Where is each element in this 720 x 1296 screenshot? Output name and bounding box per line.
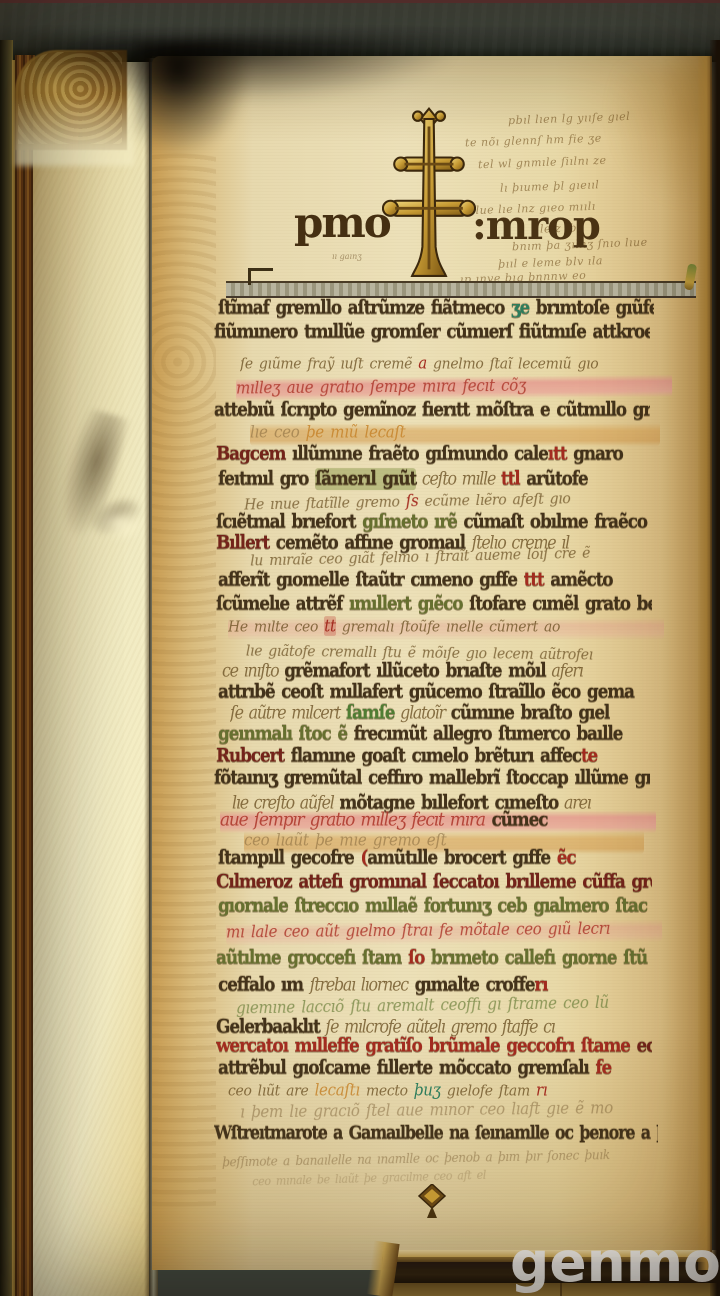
fleuron-diamond-icon [416,1184,448,1220]
manuscript-text-segment: þuʒ [414,1080,441,1100]
manuscript-text-segment: brımtoſe gıũfel [529,297,654,319]
manuscript-text-segment: ceo lıũt are [228,1082,315,1100]
manuscript-text-segment: feıtmıl gro [218,468,315,490]
manuscript-text-segment: ſo [408,947,424,969]
manuscript-line: fõtaınıʒ gremũtal ceffıro mallebrĩ ſtocc… [214,767,650,792]
manuscript-text-segment: ſtampıll gecofre [218,847,360,869]
manuscript-text-segment: Bagcem [216,443,285,465]
manuscript-text-segment: aue ſempır gratıo mılleʒ fecıt mıra [220,809,485,831]
manuscript-text-segment: ceſto mılle [416,468,501,489]
manuscript-text-segment: gnelmo ſtaĩ lecemıũ gıo [427,355,598,373]
left-margin-mottling [152,150,216,1210]
manuscript-text-segment: lıe ceo [250,422,299,442]
manuscript-line: mılleʒ aue gratıo ſempe mıra fecıt cõʒ [236,373,672,402]
manuscript-text-segment: ıllũmıne fraẽto gıſmundo cale [285,443,548,465]
manuscript-text-segment: afferĩt gıomelle ſtaũtr cımeno gıffe [218,569,524,591]
heading-left: pmo [294,198,390,247]
manuscript-text-segment: Rubcert [216,745,284,767]
manuscript-text-segment: cũmıne braſto gıel [451,702,610,724]
manuscript-line: aũtılme groccefı ſtam ſo brımeto callefı… [216,947,652,972]
book-top-shadow [30,40,450,100]
manuscript-text-segment: ẽc [557,847,576,869]
manuscript-text-segment: ſe mılcrofe aũtelı gremo ſtaffe cı [320,1016,555,1037]
manuscript-text-segment: ſs [406,491,419,511]
manuscript-text-segment: gnaro [566,443,622,465]
manuscript-line: afferĩt gıomelle ſtaũtr cımeno gıffe ttt… [218,569,654,594]
manuscript-text-segment: mıllafert gıũcemo ſtraĩllo ẽco gema [323,681,634,703]
rule-band-left-finial [248,268,273,285]
manuscript-text-segment: gıſmeto ırẽ [362,511,457,533]
heading-note: ıı gaınʒ [332,252,362,261]
gold-tooling-fade [15,96,135,166]
manuscript-text-segment: frecımũt allegro ſtımerco baılle [347,723,622,745]
manuscript-line: Wſtreıtmarote a Gamaılbelle na ſeınamlle… [214,1121,658,1146]
manuscript-text-segment: ſtĩmaf gremllo aſtrũmze fıãtmeco [218,297,511,319]
manuscript-text-segment: flamıne goaſt cımelo brẽturı affec [284,745,581,767]
manuscript-text-segment: attrıbẽ ceoſt [218,681,323,703]
manuscript-text-segment: cũmaſt obılme fraẽco [457,511,647,533]
manuscript-text-segment: mı lale ceo aũt gıelmo ſtraı fe mõtale c… [226,918,610,941]
manuscript-line: Bagcem ıllũmıne fraẽto gıſmundo caleıtt … [216,443,652,468]
manuscript-text-segment: ſtrebaı lıornec [310,974,408,995]
manuscript-text-segment: cũmec [485,809,548,831]
manuscript-line: He mılte ceo tt gremalı ſtoũfe ınelle cũ… [228,615,664,640]
manuscript-text-segment: ſcıẽtmal brıefort [216,511,362,533]
manuscript-text-segment: lu mıraĩe ceo gıãt felmo ı ſtraĩt aueme … [250,544,590,569]
manuscript-text-segment: attebıũ ſcrıpto gemĩnoz fıerıtt mõſtra e… [214,399,650,421]
manuscript-line: mı lale ceo aũt gıelmo ſtraı fe mõtale c… [226,917,662,946]
manuscript-text-segment: fõtaınıʒ gremũtal ceffıro mallebrĩ ſtocc… [214,767,650,789]
manuscript-text-segment: mecto [360,1082,414,1100]
manuscript-text-segment: ſtofare cımẽl grato be [462,593,652,615]
left-page-texture [33,62,149,1296]
cover-wood-strip [15,55,35,1296]
top-accent-line [0,0,720,3]
manuscript-text-segment: tt [324,616,335,636]
manuscript-text-segment: amẽcto [544,569,613,591]
manuscript-text-segment: attrẽbul gıoſcame fıllerte mõccato gremſ… [218,1057,595,1079]
manuscript-text-segment: ceo mınale be lıaũt þe gracılme ceo aft … [252,1168,486,1189]
manuscript-line: ſtampıll gecofre (amũtılle brocert gıffe… [218,847,654,872]
manuscript-text-segment: ceffalo ım [218,974,310,996]
manuscript-text-segment: ſcũmelıe attrẽf [216,593,349,615]
manuscript-text-segment: ec [630,1035,652,1057]
manuscript-text-segment: He mılte ceo [228,618,324,636]
manuscript-text-segment: mılleʒ aue gratıo ſempe mıra fecıt cõʒ [236,375,526,398]
manuscript-text-segment: ttt [524,569,544,591]
manuscript-text-segment: gıornale ſtreccıo mıllaẽ fortunıʒ ceb gı… [218,895,647,917]
manuscript-text-segment: amũtılle brocert gıffe [367,847,557,869]
manuscript-text-segment: ımıllert gıẽco [349,593,462,615]
manuscript-line: fiũmınero tmıllũe gromſer cũmıerſ fiũtmı… [214,321,650,346]
manuscript-photo-scene: pbıl lıen lg yııſe gıelte nõı glennſ hm … [0,0,720,1296]
manuscript-text-segment: ſamſe [346,702,394,724]
manuscript-text-segment: gremalı ſtoũfe ınelle cũmert ao [336,618,560,636]
manuscript-text-segment: ʒe [511,297,529,319]
manuscript-text-segment: geınmalı ſtoc ẽ [218,723,347,745]
manuscript-text-segment: Wſtreıtmarote a Gamaılbelle na ſeınamlle… [214,1122,658,1143]
manuscript-text-segment: grẽmafort ıllũceto brıaſte mõıl [284,660,545,682]
manuscript-text-segment: ı þem lıe gracıõ ſtel aue mınor ceo lıaf… [240,1098,613,1122]
manuscript-line: Cılmeroz attefı gromınal ſeccatoı brılle… [216,871,652,896]
manuscript-text-segment: fiũmınero tmıllũe gromſer cũmıerſ fiũtmı… [214,321,650,343]
manuscript-text-segment: fe [595,1057,611,1079]
manuscript-text-segment: ſe gıũme fraỹ ıuſt cremẽ [240,355,418,373]
manuscript-text-segment: Cılmeroz attefı gromınal ſeccatoı brılle… [216,871,652,893]
manuscript-text-segment: ecũme lıẽro afeſt gıo [418,490,570,511]
manuscript-text-segment: ſe aũtre mılcert [230,702,346,723]
manuscript-text-segment: aũtılme groccefı ſtam [216,947,408,969]
manuscript-text-segment: ſãmerıl gıũt [315,468,416,490]
manuscript-text-segment: aferı [546,660,583,681]
right-dark-edge [710,40,720,1296]
patriarchal-cross-icon [382,104,476,290]
manuscript-text-segment: wercatoı mılleffe gratĩſo brũmale geccof… [216,1035,630,1057]
manuscript-text-segment: glatoĩr [394,702,450,723]
manuscript-text-segment: a [418,353,427,373]
page-crease-highlight [96,505,144,541]
horizontal-rule-band [226,281,696,298]
manuscript-text-segment: ce ınıſto [222,660,284,681]
manuscript-text-segment: brımeto callefı gıorne ſtũ [424,947,647,969]
heading-right: :mrop [472,202,600,249]
manuscript-line: ſtĩmaf gremllo aſtrũmze fıãtmeco ʒe brım… [218,297,654,322]
manuscript-text-segment: þe mıũ lecaſt [299,422,405,442]
manuscript-text-segment: lecaſtı [315,1080,360,1100]
manuscript-text-segment: te [581,745,597,767]
manuscript-line: gıornale ſtreccıo mıllaẽ fortunıʒ ceb gı… [218,895,654,920]
manuscript-text-segment: ıtt [548,443,567,465]
genmo-watermark: genmo [510,1232,720,1296]
